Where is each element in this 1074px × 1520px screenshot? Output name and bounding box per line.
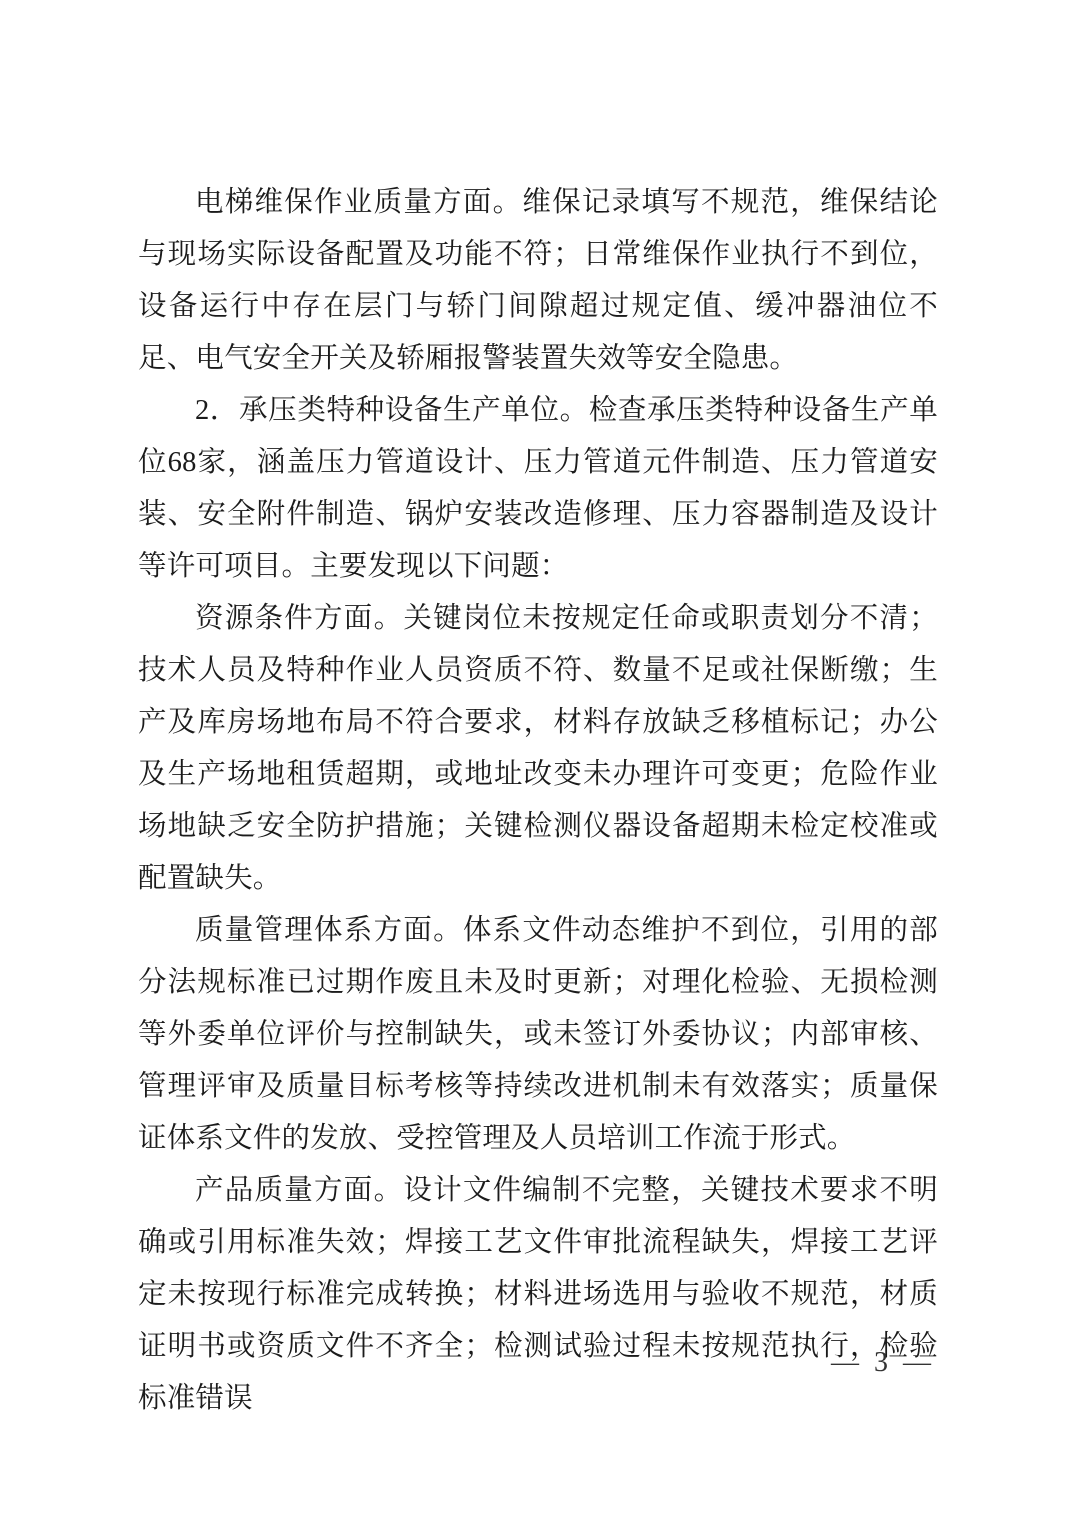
document-body: 电梯维保作业质量方面。维保记录填写不规范，维保结论与现场实际设备配置及功能不符；… (138, 177, 938, 1425)
paragraph-product-quality: 产品质量方面。设计文件编制不完整，关键技术要求不明确或引用标准失效；焊接工艺文件… (138, 1165, 938, 1425)
paragraph-resource-conditions: 资源条件方面。关键岗位未按规定任命或职责划分不清；技术人员及特种作业人员资质不符… (138, 593, 938, 905)
document-page: 电梯维保作业质量方面。维保记录填写不规范，维保结论与现场实际设备配置及功能不符；… (0, 0, 1074, 1520)
paragraph-quality-management-system: 质量管理体系方面。体系文件动态维护不到位，引用的部分法规标准已过期作废且未及时更… (138, 905, 938, 1165)
page-number: — 3 — (831, 1346, 935, 1380)
paragraph-elevator-maintenance-quality: 电梯维保作业质量方面。维保记录填写不规范，维保结论与现场实际设备配置及功能不符；… (138, 177, 938, 385)
paragraph-pressure-equipment-manufacturers: 2．承压类特种设备生产单位。检查承压类特种设备生产单位68家，涵盖压力管道设计、… (138, 385, 938, 593)
